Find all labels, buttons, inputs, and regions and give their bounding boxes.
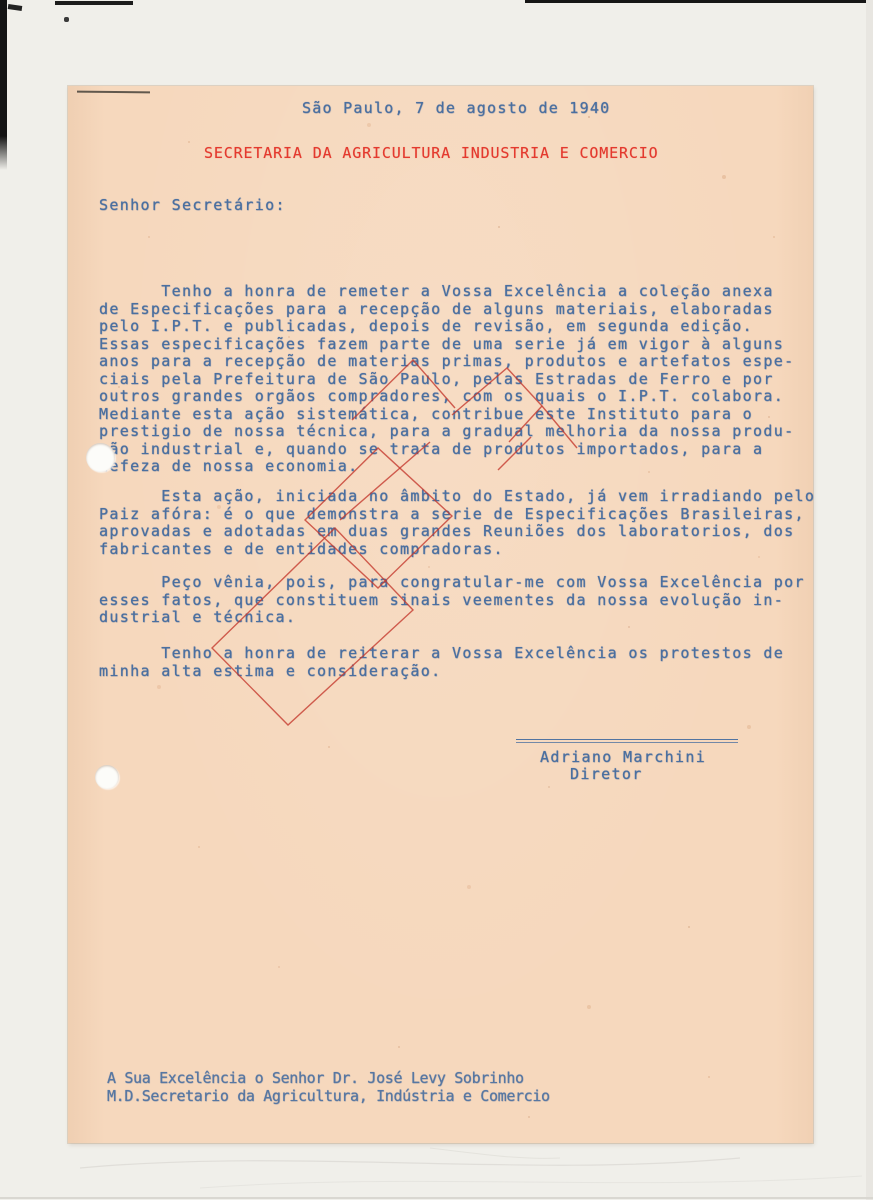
paragraph-4: Tenho a honra de reiterar a Vossa Excelê… — [99, 645, 784, 680]
punch-hole-bottom — [95, 765, 119, 789]
scanner-background: São Paulo, 7 de agosto de 1940 SECRETARI… — [0, 0, 873, 1200]
scanner-scratches — [0, 1140, 873, 1200]
scanner-edge-strip — [0, 0, 7, 170]
scanner-debris-mark — [55, 1, 133, 5]
scanner-top-edge-line — [525, 0, 873, 3]
salutation: Senhor Secretário: — [99, 197, 286, 215]
signature-rule — [516, 739, 738, 743]
paper-texture-freckles — [68, 86, 70, 88]
scanner-debris-mark — [8, 4, 23, 11]
letter-page: São Paulo, 7 de agosto de 1940 SECRETARI… — [68, 86, 813, 1143]
scanner-right-strip — [866, 0, 873, 1200]
paper-corner-mark — [77, 91, 150, 94]
signature-name: Adriano Marchini — [540, 749, 706, 767]
signature-title: Diretor — [570, 766, 643, 784]
paragraph-3: Peço vênia, pois, para congratular-me co… — [99, 574, 805, 627]
paragraph-2: Esta ação, iniciada no âmbito do Estado,… — [99, 488, 815, 558]
scanner-speck — [64, 17, 69, 22]
paragraph-1: Tenho a honra de remeter a Vossa Excelên… — [99, 283, 795, 476]
letterhead-title: SECRETARIA DA AGRICULTURA INDUSTRIA E CO… — [204, 145, 659, 163]
addressee-block: A Sua Excelência o Senhor Dr. José Levy … — [107, 1070, 550, 1105]
dateline: São Paulo, 7 de agosto de 1940 — [302, 100, 610, 118]
punch-hole-top — [86, 443, 115, 472]
